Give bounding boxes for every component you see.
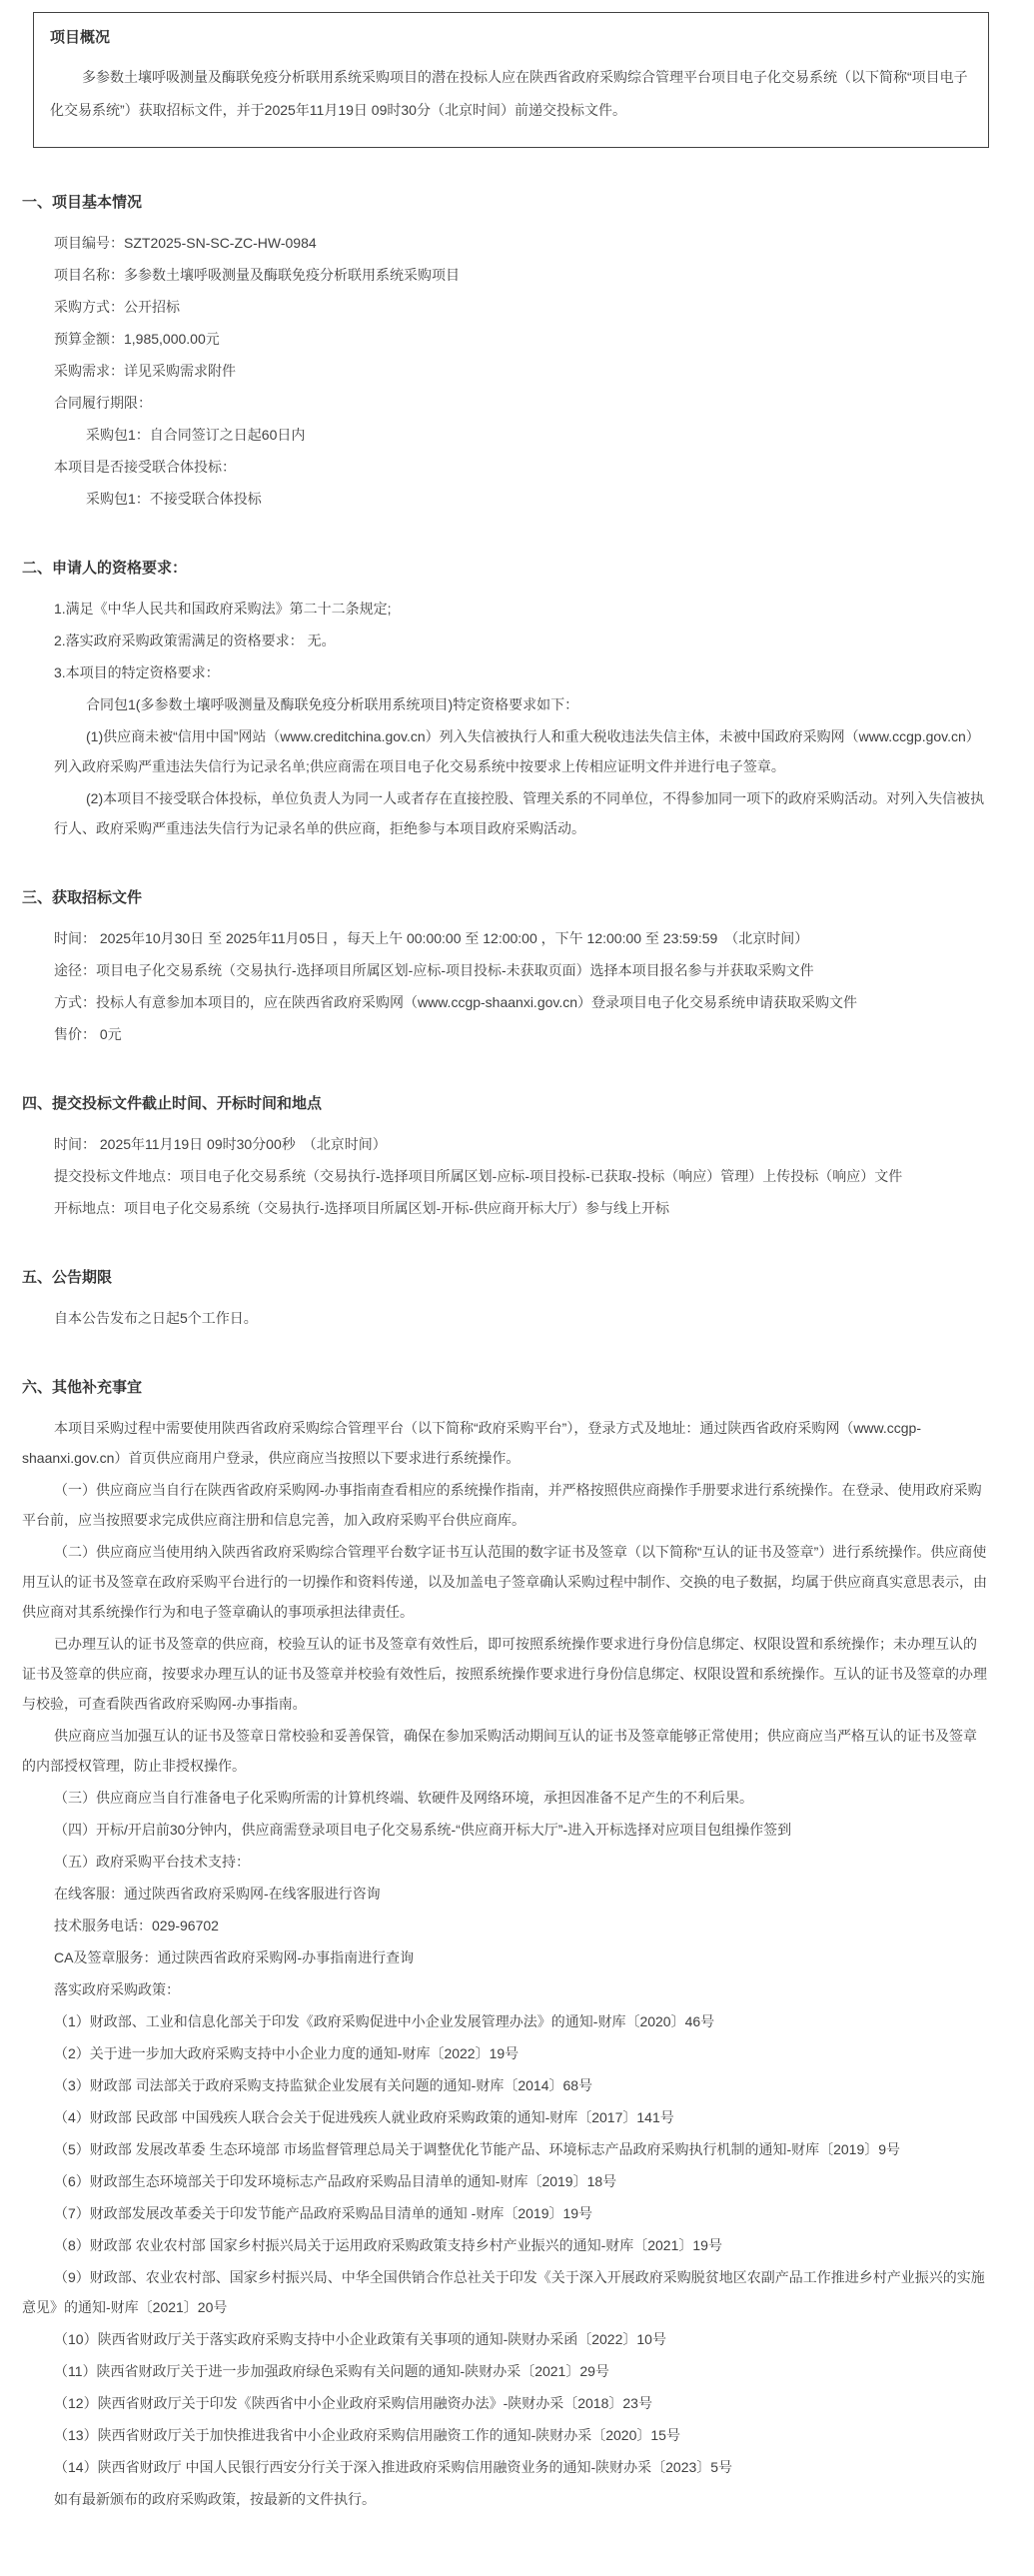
paragraph: (1)供应商未被“信用中国”网站（www.creditchina.gov.cn）… [22, 721, 989, 781]
paragraph: 提交投标文件地点：项目电子化交易系统（交易执行-选择项目所属区划-应标-项目投标… [22, 1161, 989, 1191]
paragraph: （8）财政部 农业农村部 国家乡村振兴局关于运用政府采购政策支持乡村产业振兴的通… [22, 2230, 989, 2260]
paragraph: 项目名称：多参数土壤呼吸测量及酶联免疫分析联用系统采购项目 [22, 260, 989, 290]
paragraph: 合同履行期限： [22, 388, 989, 418]
paragraph: 方式：投标人有意参加本项目的，应在陕西省政府采购网（www.ccgp-shaan… [22, 987, 989, 1017]
paragraph: 采购包1：不接受联合体投标 [22, 484, 989, 514]
paragraph: 采购需求：详见采购需求附件 [22, 356, 989, 386]
paragraph: （五）政府采购平台技术支持： [22, 1847, 989, 1877]
paragraph: 供应商应当加强互认的证书及签章日常校验和妥善保管，确保在参加采购活动期间互认的证… [22, 1721, 989, 1781]
paragraph: 途径：项目电子化交易系统（交易执行-选择项目所属区划-应标-项目投标-未获取页面… [22, 955, 989, 985]
paragraph: 落实政府采购政策： [22, 1974, 989, 2004]
paragraph: （3）财政部 司法部关于政府采购支持监狱企业发展有关问题的通知-财库〔2014〕… [22, 2070, 989, 2100]
project-overview-box: 项目概况 多参数土壤呼吸测量及酶联免疫分析联用系统采购项目的潜在投标人应在陕西省… [33, 12, 989, 148]
paragraph: 如有最新颁布的政府采购政策，按最新的文件执行。 [22, 2484, 989, 2514]
paragraph: 时间： 2025年10月30日 至 2025年11月05日 ，每天上午 00:0… [22, 923, 989, 953]
section: 一、项目基本情况项目编号：SZT2025-SN-SC-ZC-HW-0984项目名… [22, 190, 989, 514]
section-heading: 五、公告期限 [22, 1265, 989, 1291]
paragraph: 采购方式：公开招标 [22, 292, 989, 322]
paragraph: （三）供应商应当自行准备电子化采购所需的计算机终端、软硬件及网络环境，承担因准备… [22, 1783, 989, 1813]
paragraph: 已办理互认的证书及签章的供应商，校验互认的证书及签章有效性后，即可按照系统操作要… [22, 1629, 989, 1719]
paragraph: （二）供应商应当使用纳入陕西省政府采购综合管理平台数字证书互认范围的数字证书及签… [22, 1537, 989, 1627]
paragraph: （13）陕西省财政厅关于加快推进我省中小企业政府采购信用融资工作的通知-陕财办采… [22, 2420, 989, 2450]
paragraph: 预算金额：1,985,000.00元 [22, 324, 989, 354]
overview-body: 多参数土壤呼吸测量及酶联免疫分析联用系统采购项目的潜在投标人应在陕西省政府采购综… [50, 61, 970, 127]
paragraph: 本项目是否接受联合体投标： [22, 452, 989, 482]
paragraph: 采购包1：自合同签订之日起60日内 [22, 420, 989, 450]
section: 五、公告期限自本公告发布之日起5个工作日。 [22, 1265, 989, 1333]
paragraph: 时间： 2025年11月19日 09时30分00秒 （北京时间） [22, 1129, 989, 1159]
paragraph: (2)本项目不接受联合体投标，单位负责人为同一人或者存在直接控股、管理关系的不同… [22, 783, 989, 843]
section-heading: 四、提交投标文件截止时间、开标时间和地点 [22, 1091, 989, 1117]
paragraph: （10）陕西省财政厅关于落实政府采购支持中小企业政策有关事项的通知-陕财办采函〔… [22, 2324, 989, 2354]
section: 三、获取招标文件时间： 2025年10月30日 至 2025年11月05日 ，每… [22, 885, 989, 1049]
sections: 一、项目基本情况项目编号：SZT2025-SN-SC-ZC-HW-0984项目名… [22, 190, 989, 2514]
paragraph: 2.落实政府采购政策需满足的资格要求： 无。 [22, 626, 989, 655]
paragraph: （1）财政部、工业和信息化部关于印发《政府采购促进中小企业发展管理办法》的通知-… [22, 2006, 989, 2036]
paragraph: （6）财政部生态环境部关于印发环境标志产品政府采购品目清单的通知-财库〔2019… [22, 2166, 989, 2196]
paragraph: 售价： 0元 [22, 1019, 989, 1049]
paragraph: （2）关于进一步加大政府采购支持中小企业力度的通知-财库〔2022〕19号 [22, 2038, 989, 2068]
section-heading: 一、项目基本情况 [22, 190, 989, 216]
paragraph: 1.满足《中华人民共和国政府采购法》第二十二条规定; [22, 594, 989, 624]
paragraph: 合同包1(多参数土壤呼吸测量及酶联免疫分析联用系统项目)特定资格要求如下： [22, 689, 989, 719]
paragraph: 技术服务电话：029-96702 [22, 1911, 989, 1940]
paragraph: 开标地点：项目电子化交易系统（交易执行-选择项目所属区划-开标-供应商开标大厅）… [22, 1193, 989, 1223]
paragraph: （9）财政部、农业农村部、国家乡村振兴局、中华全国供销合作总社关于印发《关于深入… [22, 2262, 989, 2322]
paragraph: 自本公告发布之日起5个工作日。 [22, 1303, 989, 1333]
section: 四、提交投标文件截止时间、开标时间和地点时间： 2025年11月19日 09时3… [22, 1091, 989, 1223]
paragraph: 项目编号：SZT2025-SN-SC-ZC-HW-0984 [22, 228, 989, 258]
section: 二、申请人的资格要求：1.满足《中华人民共和国政府采购法》第二十二条规定;2.落… [22, 556, 989, 843]
paragraph: 在线客服：通过陕西省政府采购网-在线客服进行咨询 [22, 1879, 989, 1909]
paragraph: （四）开标/开启前30分钟内，供应商需登录项目电子化交易系统-“供应商开标大厅”… [22, 1815, 989, 1845]
section: 六、其他补充事宜本项目采购过程中需要使用陕西省政府采购综合管理平台（以下简称“政… [22, 1375, 989, 2514]
paragraph: CA及签章服务：通过陕西省政府采购网-办事指南进行查询 [22, 1942, 989, 1972]
paragraph: （7）财政部发展改革委关于印发节能产品政府采购品目清单的通知 -财库〔2019〕… [22, 2198, 989, 2228]
paragraph: （5）财政部 发展改革委 生态环境部 市场监督管理总局关于调整优化节能产品、环境… [22, 2134, 989, 2164]
paragraph: （14）陕西省财政厅 中国人民银行西安分行关于深入推进政府采购信用融资业务的通知… [22, 2452, 989, 2482]
section-heading: 三、获取招标文件 [22, 885, 989, 911]
paragraph: （一）供应商应当自行在陕西省政府采购网-办事指南查看相应的系统操作指南，并严格按… [22, 1475, 989, 1535]
paragraph: （12）陕西省财政厅关于印发《陕西省中小企业政府采购信用融资办法》-陕财办采〔2… [22, 2388, 989, 2418]
paragraph: 3.本项目的特定资格要求： [22, 657, 989, 687]
paragraph: 本项目采购过程中需要使用陕西省政府采购综合管理平台（以下简称“政府采购平台”），… [22, 1413, 989, 1473]
overview-title: 项目概况 [50, 23, 970, 53]
announcement-page: 项目概况 多参数土壤呼吸测量及酶联免疫分析联用系统采购项目的潜在投标人应在陕西省… [0, 0, 1034, 2576]
section-heading: 二、申请人的资格要求： [22, 556, 989, 582]
paragraph: （11）陕西省财政厅关于进一步加强政府绿色采购有关问题的通知-陕财办采〔2021… [22, 2356, 989, 2386]
section-heading: 六、其他补充事宜 [22, 1375, 989, 1401]
paragraph: （4）财政部 民政部 中国残疾人联合会关于促进残疾人就业政府采购政策的通知-财库… [22, 2102, 989, 2132]
